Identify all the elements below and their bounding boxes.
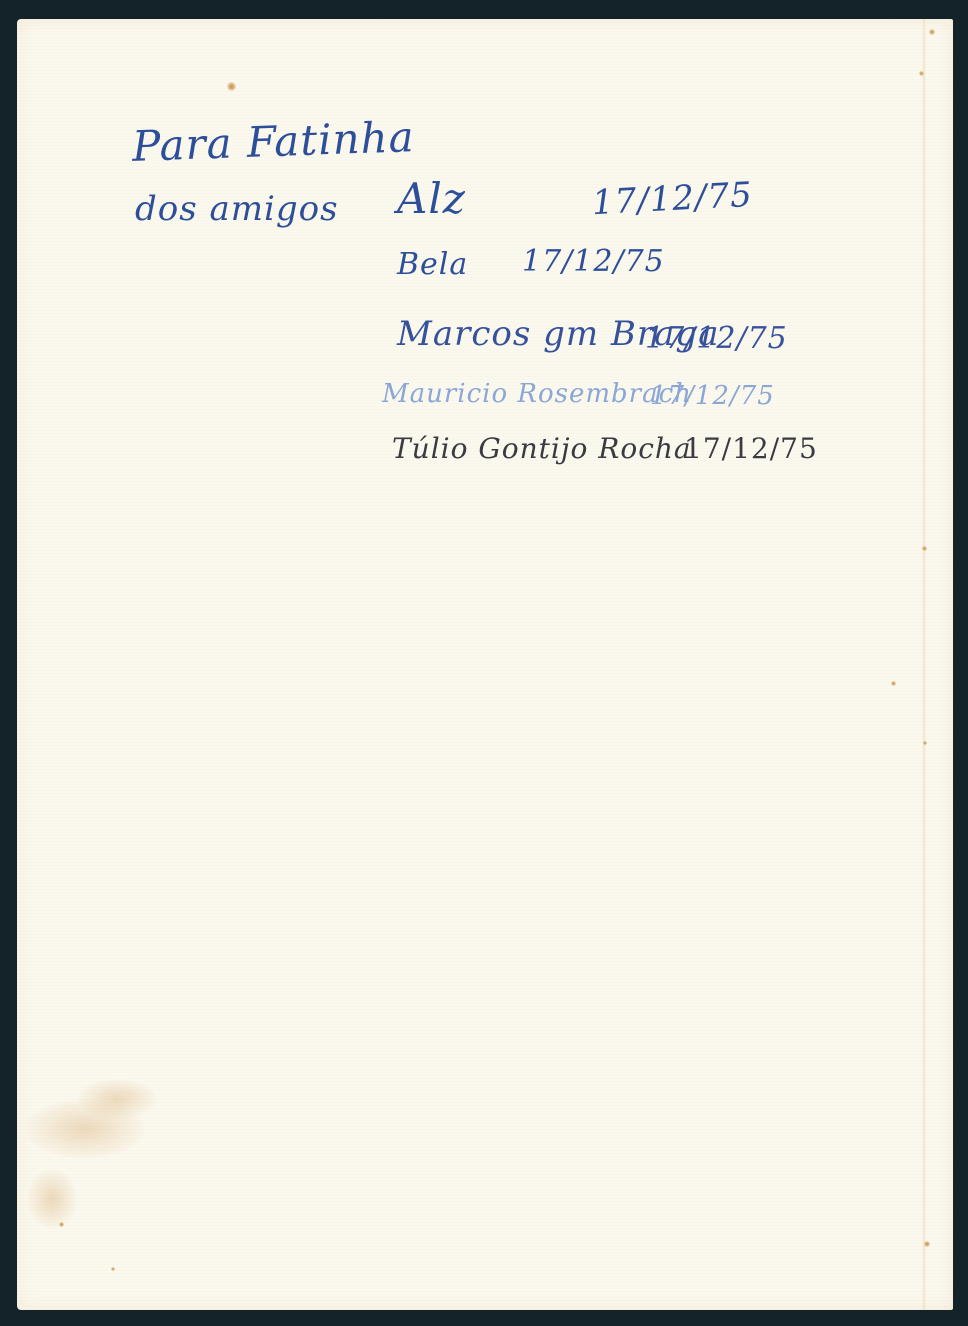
signature-date: 17/12/75	[684, 432, 818, 465]
water-stain	[77, 1079, 157, 1119]
water-stain	[27, 1169, 77, 1229]
foxing-spot	[924, 1241, 930, 1247]
foxing-spot	[111, 1267, 115, 1271]
paper-sheet: Para Fatinha dos amigos Alz 17/12/75 Bel…	[17, 19, 953, 1310]
dedication-line-1: Para Fatinha	[131, 112, 415, 171]
foxing-spot	[919, 71, 924, 76]
foxing-spot	[922, 546, 927, 551]
signature-name: Mauricio Rosembrach	[382, 379, 692, 409]
signature-date: 17/12/75	[645, 321, 788, 356]
signature-name: Túlio Gontijo Rocha	[392, 432, 692, 465]
fold-crease	[922, 19, 926, 1310]
signature-name: Alz	[397, 174, 466, 223]
signature-date: 17/12/75	[591, 175, 754, 223]
foxing-spot	[891, 681, 896, 686]
foxing-spot	[923, 741, 927, 745]
signature-date: 17/12/75	[522, 244, 665, 279]
signature-name: Bela	[397, 247, 468, 282]
dedication-line-2: dos amigos	[135, 189, 339, 229]
signature-date: 17/12/75	[650, 381, 775, 411]
foxing-spot	[929, 29, 935, 35]
foxing-spot	[227, 82, 236, 91]
